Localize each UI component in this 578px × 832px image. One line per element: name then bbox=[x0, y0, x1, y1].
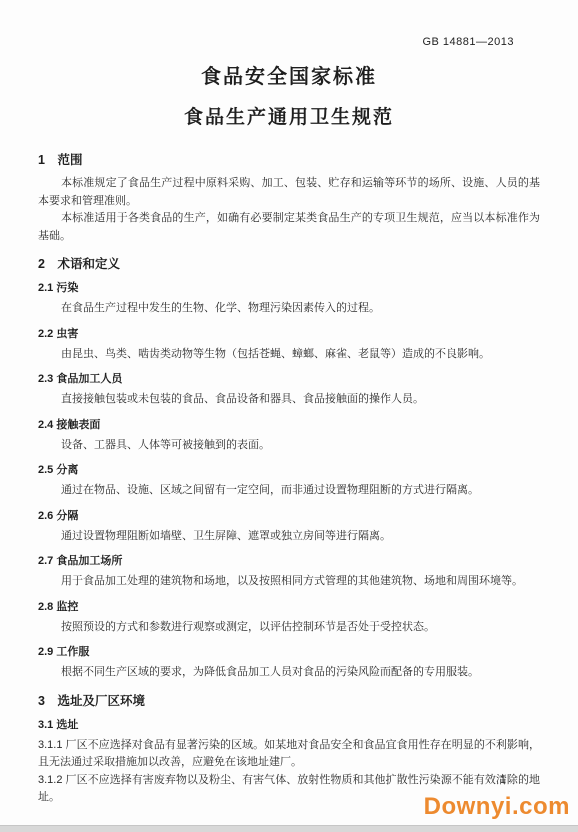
paragraph: 直接接触包装或未包装的食品、食品设备和器具、食品接触面的操作人员。 bbox=[38, 391, 540, 409]
document-page: GB 14881—2013 食品安全国家标准 食品生产通用卫生规范 1 范围 本… bbox=[0, 0, 578, 832]
paragraph: 在食品生产过程中发生的生物、化学、物理污染因素传入的过程。 bbox=[38, 300, 540, 318]
term-heading: 2.8 监控 bbox=[38, 598, 540, 614]
section-heading: 1 范围 bbox=[38, 150, 540, 168]
term-heading: 2.9 工作服 bbox=[38, 643, 540, 659]
paragraph: 按照预设的方式和参数进行观察或测定，以评估控制环节是否处于受控状态。 bbox=[38, 619, 540, 637]
page-number: 1 bbox=[500, 774, 506, 786]
bottom-edge-strip bbox=[0, 825, 578, 832]
document-title-block: 食品安全国家标准 食品生产通用卫生规范 bbox=[0, 0, 578, 129]
document-title-line1: 食品安全国家标准 bbox=[0, 60, 578, 89]
paragraph: 由昆虫、鸟类、啮齿类动物等生物（包括苍蝇、蟑螂、麻雀、老鼠等）造成的不良影响。 bbox=[38, 346, 540, 364]
paragraph: 设备、工器具、人体等可被接触到的表面。 bbox=[38, 437, 540, 455]
term-heading: 2.3 食品加工人员 bbox=[38, 370, 540, 386]
term-heading: 2.5 分离 bbox=[38, 461, 540, 477]
paragraph: 通过设置物理阻断如墙壁、卫生屏障、遮罩或独立房间等进行隔离。 bbox=[38, 528, 540, 546]
section-heading: 2 术语和定义 bbox=[38, 254, 540, 272]
term-heading: 2.4 接触表面 bbox=[38, 416, 540, 432]
document-body: 1 范围 本标准规定了食品生产过程中原料采购、加工、包装、贮存和运输等环节的场所… bbox=[0, 129, 578, 807]
document-title-line2: 食品生产通用卫生规范 bbox=[0, 102, 578, 129]
standard-code: GB 14881—2013 bbox=[422, 36, 514, 48]
term-heading: 2.1 污染 bbox=[38, 279, 540, 295]
term-heading: 2.7 食品加工场所 bbox=[38, 552, 540, 568]
paragraph: 本标准适用于各类食品的生产，如确有必要制定某类食品生产的专项卫生规范，应当以本标… bbox=[38, 210, 540, 245]
term-heading: 2.6 分隔 bbox=[38, 507, 540, 523]
term-heading: 2.2 虫害 bbox=[38, 325, 540, 341]
term-heading: 3.1 选址 bbox=[38, 716, 540, 732]
watermark-text: Downyi.com bbox=[424, 793, 570, 821]
section-heading: 3 选址及厂区环境 bbox=[38, 691, 540, 709]
paragraph: 用于食品加工处理的建筑物和场地，以及按照相同方式管理的其他建筑物、场地和周围环境… bbox=[38, 573, 540, 591]
paragraph: 本标准规定了食品生产过程中原料采购、加工、包装、贮存和运输等环节的场所、设施、人… bbox=[38, 175, 540, 210]
clause-paragraph: 3.1.1 厂区不应选择对食品有显著污染的区域。如某地对食品安全和食品宜食用性存… bbox=[38, 737, 540, 772]
paragraph: 通过在物品、设施、区域之间留有一定空间，而非通过设置物理阻断的方式进行隔离。 bbox=[38, 482, 540, 500]
paragraph: 根据不同生产区域的要求，为降低食品加工人员对食品的污染风险而配备的专用服装。 bbox=[38, 664, 540, 682]
